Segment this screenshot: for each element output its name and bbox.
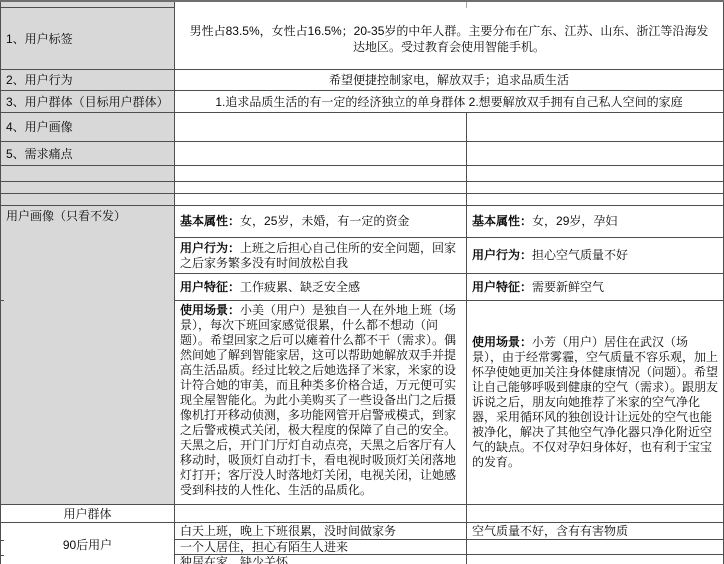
- empty-row-3: [0, 194, 724, 206]
- empty-label-cell: [0, 166, 175, 182]
- persona1-basic-label: 基本属性：: [180, 214, 240, 228]
- row-user-behavior: 2、用户行为 希望便捷控制家电，解放双手；追求品质生活: [0, 70, 724, 91]
- persona2-behavior-label: 用户行为：: [472, 248, 532, 262]
- persona1-scenario-label: 使用场景：: [180, 303, 240, 317]
- row-label-user-behavior: 2、用户行为: [0, 70, 175, 91]
- persona2-column: 基本属性：女，29岁，孕妇 用户行为：担心空气质量不好 用户特征：需要新鲜空气 …: [467, 206, 724, 505]
- group-90s-label: 90后用户: [0, 523, 175, 564]
- persona1-traits-cell: 用户特征：工作疲累、缺乏安全感: [175, 274, 467, 301]
- persona1-traits-text: 工作疲累、缺乏安全感: [240, 280, 360, 294]
- user-behavior-text: 希望便捷控制家电，解放双手；追求品质生活: [329, 73, 569, 87]
- row-user-groups: 3、用户群体（目标用户群体） 1.追求品质生活的有一定的经济独立的单身群体 2.…: [0, 91, 724, 113]
- cell-pain-points-right: [467, 142, 724, 166]
- persona1-behavior-cell: 用户行为：上班之后担心自己住所的安全问题，回家之后家务繁多没有时间放松自我: [175, 238, 467, 274]
- cell-pain-points-mid: [175, 142, 467, 166]
- row-user-portrait: 4、用户画像: [0, 113, 724, 142]
- persona1-basic-cell: 基本属性：女，25岁，未婚，有一定的资金: [175, 206, 467, 238]
- persona1-basic-text: 女，25岁，未婚，有一定的资金: [240, 214, 409, 228]
- empty-row-2: [0, 182, 724, 194]
- persona2-scenario-text: 小芳（用户）居住在武汉（场景），由于经常雾霾，空气质量不容乐观，加上怀孕使她更加…: [472, 335, 718, 469]
- empty-right-cell: [467, 194, 724, 206]
- empty-mid-cell: [175, 182, 467, 194]
- group-90s-mid-row2: 一个人居住，担心有陌生人进来: [175, 540, 467, 555]
- cell-user-behavior-content: 希望便捷控制家电，解放双手；追求品质生活: [175, 70, 724, 91]
- persona2-scenario-cell: 使用场景：小芳（用户）居住在武汉（场景），由于经常雾霾，空气质量不容乐观，加上怀…: [467, 301, 724, 505]
- row-label-user-tags: 1、用户标签: [0, 8, 175, 70]
- persona1-behavior-label: 用户行为：: [180, 241, 240, 255]
- group-header-right-cell: [467, 505, 724, 523]
- left-edge-tick: [0, 555, 4, 556]
- row-user-group-header: 用户群体: [0, 505, 724, 523]
- empty-label-cell: [0, 194, 175, 206]
- group-90s-right-row2: [467, 540, 724, 555]
- group-90s-mid-column: 白天上班，晚上下班很累，没时间做家务 一个人居住，担心有陌生人进来 独居在家，缺…: [175, 523, 467, 564]
- cell-user-groups-content: 1.追求品质生活的有一定的经济独立的单身群体 2.想要解放双手拥有自己私人空间的…: [175, 91, 724, 113]
- empty-right-cell: [467, 182, 724, 194]
- user-research-table: 1、用户标签 男性占83.5%，女性占16.5%；20-35岁的中年人群。主要分…: [0, 0, 724, 564]
- row-user-tags: 1、用户标签 男性占83.5%，女性占16.5%；20-35岁的中年人群。主要分…: [0, 8, 724, 70]
- persona2-basic-label: 基本属性：: [472, 214, 532, 228]
- section-label-persona: 用户画像（只看不发）: [0, 206, 175, 505]
- row-label-pain-points: 5、需求痛点: [0, 142, 175, 166]
- group-header-text: 用户群体: [63, 507, 111, 521]
- empty-mid-cell: [175, 166, 467, 182]
- cell-user-portrait-mid: [175, 113, 467, 142]
- group-90s-mid-row3-text: 独居在家，缺少关怀: [180, 555, 288, 564]
- group-header-label: 用户群体: [0, 505, 175, 523]
- left-edge-tick: [0, 300, 4, 301]
- row-label-user-portrait: 4、用户画像: [0, 113, 175, 142]
- group-header-mid-cell: [175, 505, 467, 523]
- persona2-behavior-cell: 用户行为：担心空气质量不好: [467, 238, 724, 274]
- row-label-text: 5、需求痛点: [6, 147, 73, 161]
- user-tags-text: 男性占83.5%，女性占16.5%；20-35岁的中年人群。主要分布在广东、江苏…: [189, 23, 709, 55]
- group-90s-right-row3: [467, 555, 724, 564]
- cell-user-tags-content: 男性占83.5%，女性占16.5%；20-35岁的中年人群。主要分布在广东、江苏…: [175, 8, 724, 70]
- row-label-text: 1、用户标签: [6, 32, 73, 46]
- persona1-scenario-text: 小美（用户）是独自一人在外地上班（场景），每次下班回家感觉很累，什么都不想动（问…: [180, 303, 456, 497]
- persona-section: 用户画像（只看不发） 基本属性：女，25岁，未婚，有一定的资金 用户行为：上班之…: [0, 206, 724, 505]
- row-label-text: 3、用户群体（目标用户群体）: [6, 95, 169, 109]
- persona2-traits-cell: 用户特征：需要新鲜空气: [467, 274, 724, 301]
- section-label-text: 用户画像（只看不发）: [6, 209, 126, 223]
- row-pain-points: 5、需求痛点: [0, 142, 724, 166]
- group-90s-right-row1: 空气质量不好，含有有害物质: [467, 523, 724, 540]
- persona2-traits-label: 用户特征：: [472, 280, 532, 294]
- persona1-traits-label: 用户特征：: [180, 280, 240, 294]
- left-edge-tick: [0, 540, 4, 541]
- empty-row-1: [0, 166, 724, 182]
- group-90s-block: 90后用户 白天上班，晚上下班很累，没时间做家务 一个人居住，担心有陌生人进来 …: [0, 523, 724, 564]
- row-label-text: 4、用户画像: [6, 120, 73, 134]
- persona2-behavior-text: 担心空气质量不好: [532, 248, 628, 262]
- group-90s-right-row1-text: 空气质量不好，含有有害物质: [472, 524, 628, 538]
- group-90s-mid-row1-text: 白天上班，晚上下班很累，没时间做家务: [180, 524, 396, 538]
- group-90s-mid-row3: 独居在家，缺少关怀: [175, 555, 467, 564]
- user-groups-text: 1.追求品质生活的有一定的经济独立的单身群体 2.想要解放双手拥有自己私人空间的…: [215, 95, 682, 109]
- cell-user-portrait-right: [467, 113, 724, 142]
- empty-right-cell: [467, 166, 724, 182]
- empty-label-cell: [0, 182, 175, 194]
- group-90s-mid-row2-text: 一个人居住，担心有陌生人进来: [180, 540, 348, 554]
- group-90s-mid-row1: 白天上班，晚上下班很累，没时间做家务: [175, 523, 467, 540]
- empty-mid-cell: [175, 194, 467, 206]
- row-label-user-groups: 3、用户群体（目标用户群体）: [0, 91, 175, 113]
- row-label-text: 2、用户行为: [6, 73, 73, 87]
- persona2-basic-text: 女，29岁，孕妇: [532, 214, 617, 228]
- persona2-traits-text: 需要新鲜空气: [532, 280, 604, 294]
- group-90s-text: 90后用户: [63, 538, 112, 552]
- persona1-scenario-cell: 使用场景：小美（用户）是独自一人在外地上班（场景），每次下班回家感觉很累，什么都…: [175, 301, 467, 505]
- group-90s-right-column: 空气质量不好，含有有害物质: [467, 523, 724, 564]
- persona2-scenario-label: 使用场景：: [472, 335, 532, 349]
- persona1-column: 基本属性：女，25岁，未婚，有一定的资金 用户行为：上班之后担心自己住所的安全问…: [175, 206, 467, 505]
- persona2-basic-cell: 基本属性：女，29岁，孕妇: [467, 206, 724, 238]
